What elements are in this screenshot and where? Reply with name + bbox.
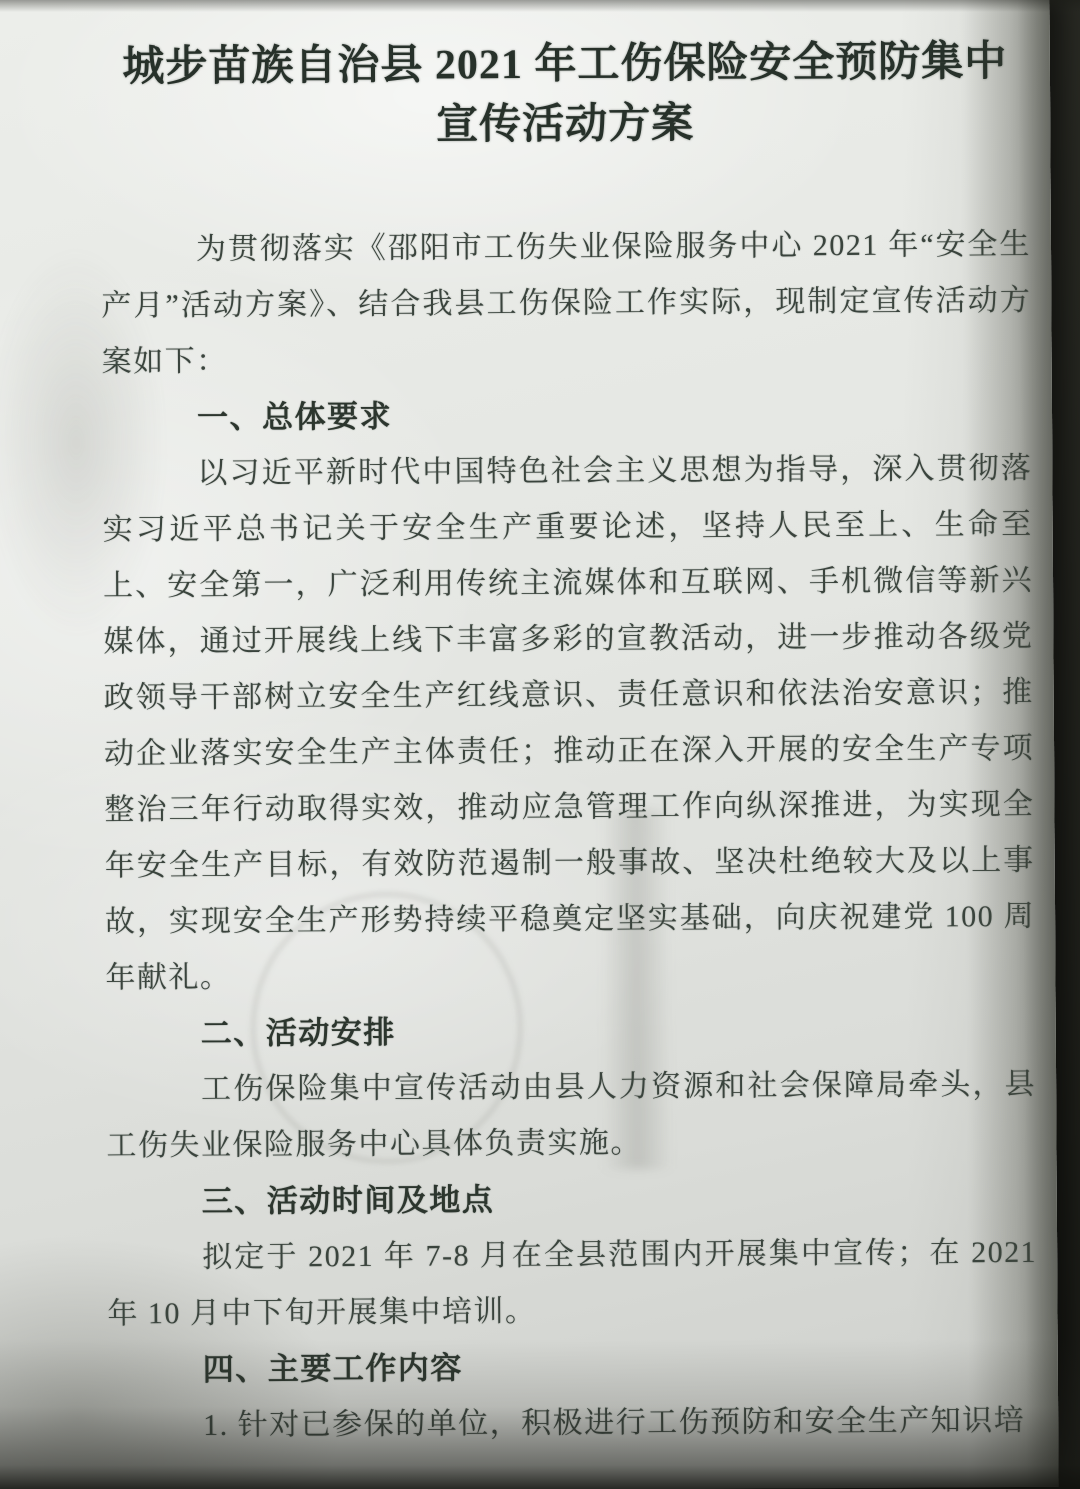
- document-title: 城步苗族自治县 2021 年工伤保险安全预防集中 宣传活动方案: [100, 32, 1031, 158]
- section-body-activity-arrangement: 工伤保险集中宣传活动由县人力资源和社会保障局牵头，县工伤失业保险服务中心具体负责…: [106, 1057, 1037, 1175]
- section-heading-time-and-place: 三、活动时间及地点: [107, 1169, 1037, 1231]
- section-body-time-and-place: 拟定于 2021 年 7-8 月在全县范围内开展集中宣传；在 2021 年 10…: [107, 1225, 1038, 1343]
- document-title-line: 城步苗族自治县 2021 年工伤保险安全预防集中: [100, 32, 1030, 98]
- document-page: 城步苗族自治县 2021 年工伤保险安全预防集中 宣传活动方案 为贯彻落实《邵阳…: [0, 0, 1059, 1489]
- paper-edge-shadow: [959, 0, 1058, 1487]
- document-content: 城步苗族自治县 2021 年工伤保险安全预防集中 宣传活动方案 为贯彻落实《邵阳…: [100, 32, 1039, 1455]
- intro-paragraph: 为贯彻落实《邵阳市工伤失业保险服务中心 2021 年“安全生产月”活动方案》、结…: [101, 217, 1032, 391]
- photographed-document: 城步苗族自治县 2021 年工伤保险安全预防集中 宣传活动方案 为贯彻落实《邵阳…: [0, 0, 1080, 1489]
- document-title-line: 宣传活动方案: [100, 92, 1030, 158]
- section-heading-overall-requirements: 一、总体要求: [102, 385, 1032, 447]
- section-body-overall-requirements: 以习近平新时代中国特色社会主义思想为指导，深入贯彻落实习近平总书记关于安全生产重…: [102, 441, 1035, 1007]
- section-heading-main-work-content: 四、主要工作内容: [108, 1337, 1038, 1399]
- section-heading-activity-arrangement: 二、活动安排: [106, 1001, 1036, 1063]
- section-body-main-work-content: 1. 针对已参保的单位，积极进行工伤预防和安全生产知识培: [108, 1393, 1038, 1455]
